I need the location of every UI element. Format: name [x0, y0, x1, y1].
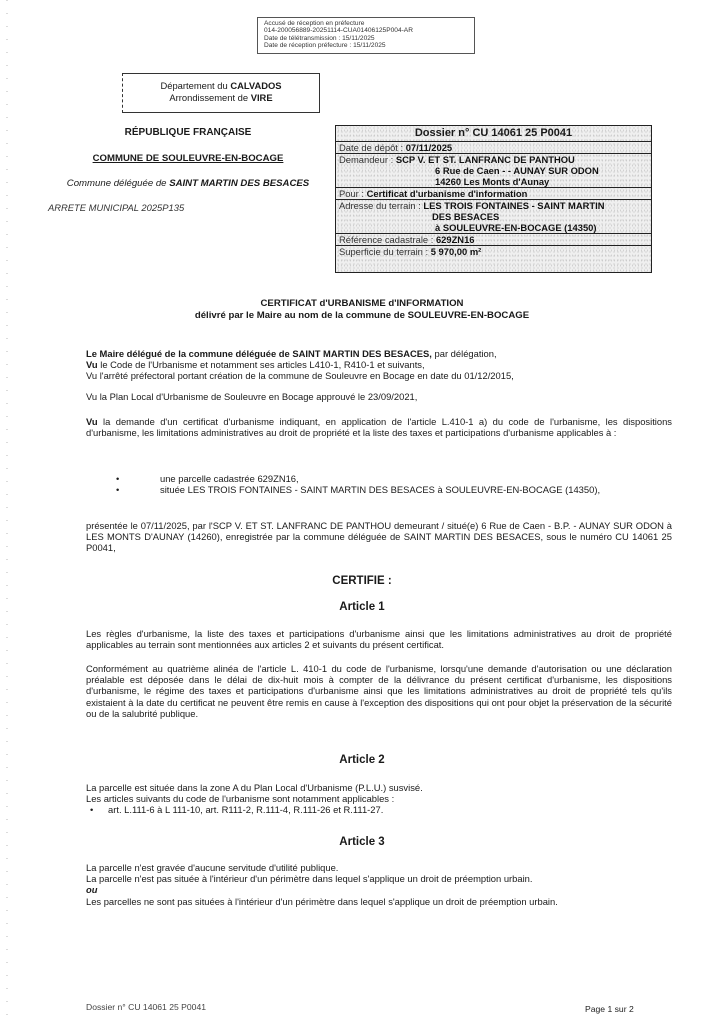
land-area-value: 5 970,00 m² [431, 246, 482, 257]
footer-dossier-number: Dossier n° CU 14061 25 P0041 [86, 1002, 206, 1012]
article-3-body: La parcelle n'est gravée d'aucune servit… [86, 862, 672, 907]
article-3-line: Les parcelles ne sont pas situées à l'in… [86, 896, 672, 907]
applicant-row: Demandeur : SCP V. ET ST. LANFRANC DE PA… [336, 154, 651, 188]
applicant-label: Demandeur : [339, 154, 396, 165]
cadastral-reference-row: Référence cadastrale : 629ZN16 [336, 234, 651, 246]
land-address-label: Adresse du terrain : [339, 200, 423, 211]
applicant-address-line: 14260 Les Monts d'Aunay [435, 176, 549, 187]
applicant-name: SCP V. ET ST. LANFRANC DE PANTHOU [396, 154, 575, 165]
land-address-line: LES TROIS FONTAINES - SAINT MARTIN [423, 200, 604, 211]
article-2-line: Les articles suivants du code de l'urban… [86, 793, 672, 804]
article-1-heading: Article 1 [40, 601, 684, 613]
vu-demande: Vu la demande d'un certificat d'urbanism… [86, 416, 672, 438]
dossier-number: Dossier n° CU 14061 25 P0041 [336, 126, 651, 142]
article-3-line: La parcelle n'est pas située à l'intérie… [86, 873, 672, 884]
vu-keyword: Vu [86, 416, 98, 427]
vu-arrete-prefectoral: Vu l'arrêté préfectoral portant création… [86, 370, 672, 381]
applicant-address-line: 6 Rue de Caen - - AUNAY SUR ODON [435, 165, 599, 176]
arrondissement-prefix: Arrondissement de [169, 92, 250, 103]
article-3-line: La parcelle n'est gravée d'aucune servit… [86, 862, 672, 873]
delegated-prefix: Commune déléguée de [67, 178, 169, 189]
certificate-subtitle-commune: SOULEUVRE-EN-BOCAGE [408, 310, 530, 321]
article-2-body: La parcelle est située dans la zone A du… [86, 782, 672, 816]
maire-statement: Le Maire délégué de la commune déléguée … [86, 348, 432, 359]
parcel-bullet-list: •une parcelle cadastrée 629ZN16, •située… [86, 473, 672, 495]
stamp-line: Date de réception préfecture : 15/11/202… [264, 42, 474, 49]
stamp-line: Date de télétransmission : 15/11/2025 [264, 35, 474, 42]
footer-page-number: Page 1 sur 2 [585, 1004, 634, 1014]
bullet-icon: • [116, 484, 119, 495]
prefecture-reception-stamp: Accusé de réception en préfecture 014-20… [257, 17, 475, 54]
maire-delegation: par délégation, [432, 348, 497, 359]
certificate-title-line: CERTIFICAT d'URBANISME d'INFORMATION [40, 298, 684, 310]
article-1-paragraph: Conformément au quatrième alinéa de l'ar… [86, 663, 672, 719]
purpose-row: Pour : Certificat d'urbanisme d'informat… [336, 188, 651, 200]
certificate-subtitle-prefix: délivré par le Maire au nom de la commun… [195, 310, 408, 321]
land-area-row: Superficie du terrain : 5 970,00 m² [336, 246, 651, 257]
vu-plu: Vu la Plan Local d'Urbanisme de Souleuvr… [86, 391, 672, 402]
department-prefix: Département du [160, 80, 230, 91]
article-2-line: La parcelle est située dans la zone A du… [86, 782, 672, 793]
land-address-line: à SOULEUVRE-EN-BOCAGE (14350) [435, 222, 597, 233]
bullet-icon: • [116, 473, 119, 484]
certifie-heading: CERTIFIE : [40, 575, 684, 587]
stamp-line: 014-200056889-20251114-CUA01406125P004-A… [264, 27, 474, 34]
land-area-label: Superficie du terrain : [339, 246, 431, 257]
land-address-line: DES BESACES [432, 211, 499, 222]
list-item: •située LES TROIS FONTAINES - SAINT MART… [86, 484, 672, 495]
delegated-name: SAINT MARTIN DES BESACES [169, 178, 309, 189]
land-address-row: Adresse du terrain : LES TROIS FONTAINES… [336, 200, 651, 234]
certificate-title: CERTIFICAT d'URBANISME d'INFORMATION dél… [40, 298, 684, 321]
vu-code-urbanisme: le Code de l'Urbanisme et notamment ses … [98, 359, 425, 370]
scan-margin-specks [6, 0, 8, 1024]
arrete-number: ARRETE MUNICIPAL 2025P135 [48, 202, 184, 213]
republic-heading: RÉPUBLIQUE FRANÇAISE [40, 127, 336, 138]
dossier-info-box: Dossier n° CU 14061 25 P0041 Date de dép… [335, 125, 652, 273]
department-name: CALVADOS [230, 80, 281, 91]
arrondissement-name: VIRE [251, 92, 273, 103]
list-item: •une parcelle cadastrée 629ZN16, [86, 473, 672, 484]
delegated-commune: Commune déléguée de SAINT MARTIN DES BES… [40, 178, 336, 189]
cadastral-reference-label: Référence cadastrale : [339, 234, 436, 245]
article-2-heading: Article 2 [40, 754, 684, 766]
cadastral-reference-value: 629ZN16 [436, 234, 475, 245]
purpose-label: Pour : [339, 188, 367, 199]
deposit-date-value: 07/11/2025 [406, 142, 452, 153]
deposit-date-row: Date de dépôt : 07/11/2025 [336, 142, 651, 154]
purpose-value: Certificat d'urbanisme d'information [367, 188, 528, 199]
presentee-paragraph: présentée le 07/11/2025, par l'SCP V. ET… [86, 520, 672, 554]
preamble-block: Le Maire délégué de la commune déléguée … [86, 348, 672, 382]
deposit-date-label: Date de dépôt : [339, 142, 406, 153]
bullet-icon: • [90, 804, 93, 815]
department-box: Département du CALVADOS Arrondissement d… [122, 73, 320, 113]
list-item: •art. L.111-6 à L 111-10, art. R111-2, R… [86, 804, 672, 815]
commune-heading: COMMUNE DE SOULEUVRE-EN-BOCAGE [40, 153, 336, 164]
article-3-heading: Article 3 [40, 836, 684, 848]
list-item-text: située LES TROIS FONTAINES - SAINT MARTI… [160, 484, 600, 495]
list-item-text: une parcelle cadastrée 629ZN16, [160, 473, 299, 484]
stamp-line: Accusé de réception en préfecture [264, 20, 474, 27]
vu-demande-text: la demande d'un certificat d'urbanisme i… [86, 416, 672, 438]
article-3-or: ou [86, 884, 672, 895]
article-1-paragraph: Les règles d'urbanisme, la liste des tax… [86, 628, 672, 650]
list-item-text: art. L.111-6 à L 111-10, art. R111-2, R.… [108, 804, 383, 815]
vu-keyword: Vu [86, 359, 98, 370]
